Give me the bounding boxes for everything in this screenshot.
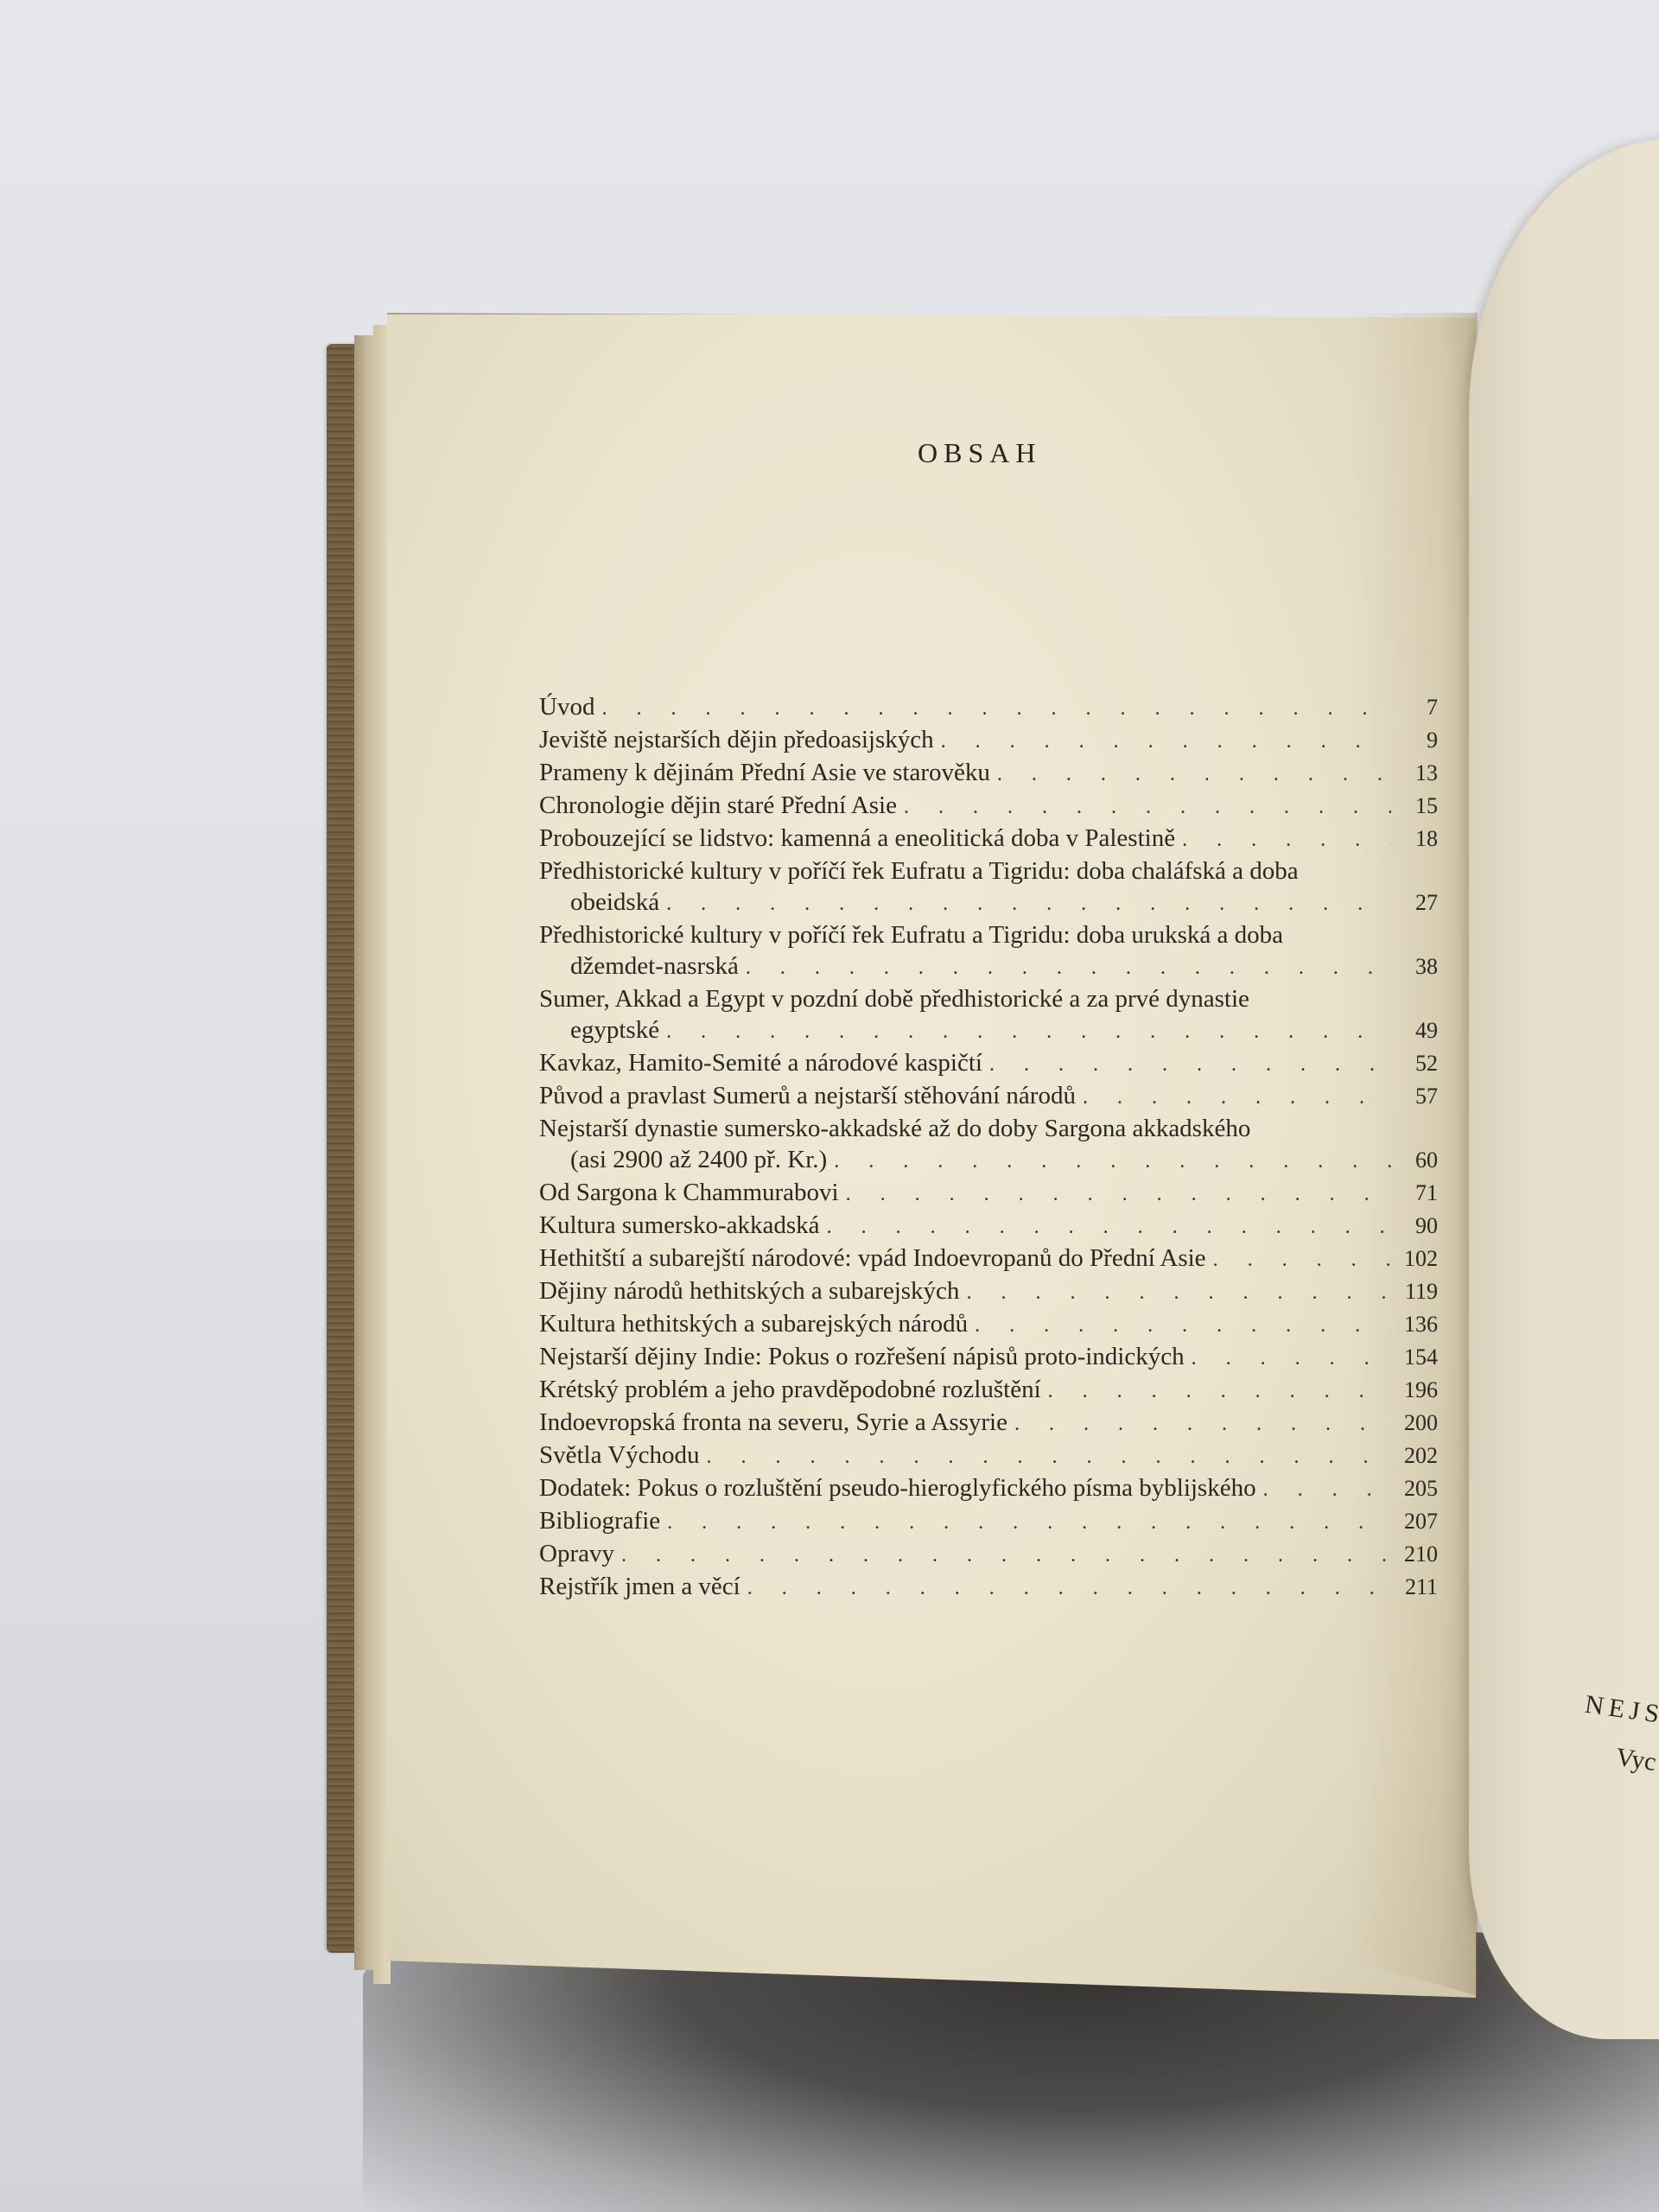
toc-entry-title: Krétský problém a jeho pravděpodobné roz… xyxy=(539,1374,1041,1405)
toc-entry-title: Kultura hethitských a subarejských národ… xyxy=(539,1308,968,1339)
toc-entry: Nejstarší dějiny Indie: Pokus o rozřešen… xyxy=(539,1341,1438,1374)
toc-entry-page-number: 52 xyxy=(1398,1048,1438,1079)
toc-entry-title: Indoevropská fronta na severu, Syrie a A… xyxy=(539,1407,1007,1438)
toc-entry-page-number: 90 xyxy=(1398,1211,1438,1242)
toc-entry-page-number: 9 xyxy=(1398,725,1438,756)
toc-entry: Probouzející se lidstvo: kamenná a eneol… xyxy=(539,823,1438,855)
toc-entry: Kultura hethitských a subarejských národ… xyxy=(539,1308,1438,1341)
dot-leader xyxy=(667,1507,1391,1538)
dot-leader xyxy=(997,759,1391,790)
dot-leader xyxy=(1083,1082,1391,1113)
toc-entry: Opravy210 xyxy=(539,1538,1438,1571)
toc-entry-page-number: 102 xyxy=(1398,1243,1438,1274)
dot-leader xyxy=(989,1049,1391,1080)
dot-leader xyxy=(904,791,1391,823)
right-page-subtitle: Vyc xyxy=(1614,1743,1658,1777)
dot-leader xyxy=(846,1179,1391,1210)
toc-entry: Rejstřík jmen a věcí211 xyxy=(539,1571,1438,1604)
dot-leader xyxy=(1213,1244,1391,1275)
toc-entry-page-number: 207 xyxy=(1398,1506,1438,1537)
toc-entry: Dodatek: Pokus o rozluštění pseudo-hiero… xyxy=(539,1472,1438,1505)
toc-entry-title: obeidská xyxy=(570,887,659,918)
toc-entry-page-number: 13 xyxy=(1398,758,1438,789)
table-of-contents: Úvod7Jeviště nejstarších dějin předoasij… xyxy=(539,691,1438,1604)
toc-entry-page-number: 57 xyxy=(1398,1081,1438,1112)
toc-entry: Světla Východu202 xyxy=(539,1440,1438,1472)
dot-leader xyxy=(1192,1343,1391,1374)
toc-entry-page-number: 205 xyxy=(1398,1473,1438,1504)
dot-leader xyxy=(941,726,1391,757)
toc-entry-title: Opravy xyxy=(539,1538,614,1569)
toc-entry: egyptské49 xyxy=(539,1014,1438,1047)
toc-entry: Dějiny národů hethitských a subarejských… xyxy=(539,1275,1438,1308)
toc-entry: Hethitští a subarejští národové: vpád In… xyxy=(539,1243,1438,1275)
toc-entry-title: Kultura sumersko-akkadská xyxy=(539,1210,820,1241)
toc-entry-page-number: 196 xyxy=(1398,1375,1438,1406)
toc-entry-title: Úvod xyxy=(539,691,594,722)
toc-entry-title: (asi 2900 až 2400 př. Kr.) xyxy=(570,1144,827,1175)
toc-entry-title: Předhistorické kultury v poříčí řek Eufr… xyxy=(539,855,1299,887)
dot-leader xyxy=(746,952,1391,983)
toc-entry-page-number: 210 xyxy=(1398,1539,1438,1570)
dot-leader xyxy=(966,1277,1391,1308)
dot-leader xyxy=(827,1211,1391,1243)
dot-leader xyxy=(1263,1474,1391,1505)
toc-entry-page-number: 49 xyxy=(1398,1015,1438,1046)
toc-entry: obeidská27 xyxy=(539,887,1438,919)
toc-entry: Chronologie dějin staré Přední Asie15 xyxy=(539,790,1438,823)
dot-leader xyxy=(1182,824,1391,855)
toc-entry: Předhistorické kultury v poříčí řek Eufr… xyxy=(539,919,1438,950)
toc-entry: Předhistorické kultury v poříčí řek Eufr… xyxy=(539,855,1438,887)
dot-leader xyxy=(747,1573,1391,1604)
dot-leader xyxy=(621,1540,1391,1571)
dot-leader xyxy=(975,1310,1391,1341)
toc-entry: Kultura sumersko-akkadská90 xyxy=(539,1210,1438,1243)
toc-entry-page-number: 136 xyxy=(1398,1309,1438,1340)
toc-entry-page-number: 211 xyxy=(1398,1572,1438,1603)
toc-entry: Jeviště nejstarších dějin předoasijských… xyxy=(539,724,1438,757)
toc-entry-title: Probouzející se lidstvo: kamenná a eneol… xyxy=(539,823,1175,854)
toc-entry-title: Chronologie dějin staré Přední Asie xyxy=(539,790,897,821)
toc-entry: Kavkaz, Hamito-Semité a národové kaspičt… xyxy=(539,1047,1438,1080)
toc-entry-page-number: 38 xyxy=(1398,951,1438,982)
toc-entry-page-number: 119 xyxy=(1398,1276,1438,1307)
toc-entry-page-number: 7 xyxy=(1398,692,1438,723)
dot-leader xyxy=(834,1146,1391,1177)
toc-title: OBSAH xyxy=(918,437,1041,469)
toc-entry-page-number: 154 xyxy=(1398,1342,1438,1373)
toc-entry-page-number: 15 xyxy=(1398,791,1438,822)
book-cover-spine xyxy=(327,344,356,1953)
toc-entry: Od Sargona k Chammurabovi71 xyxy=(539,1177,1438,1210)
toc-entry: (asi 2900 až 2400 př. Kr.)60 xyxy=(539,1144,1438,1177)
dot-leader xyxy=(1048,1376,1391,1407)
toc-entry-title: Světla Východu xyxy=(539,1440,700,1471)
toc-entry-title: Prameny k dějinám Přední Asie ve starově… xyxy=(539,757,990,788)
toc-entry: Nejstarší dynastie sumersko-akkadské až … xyxy=(539,1113,1438,1144)
toc-entry-page-number: 18 xyxy=(1398,823,1438,855)
toc-entry: Bibliografie207 xyxy=(539,1505,1438,1538)
toc-entry-title: Nejstarší dějiny Indie: Pokus o rozřešen… xyxy=(539,1341,1185,1372)
dot-leader xyxy=(666,888,1391,919)
toc-entry-page-number: 60 xyxy=(1398,1145,1438,1176)
toc-entry-title: Rejstřík jmen a věcí xyxy=(539,1571,741,1602)
toc-entry-title: Nejstarší dynastie sumersko-akkadské až … xyxy=(539,1113,1250,1144)
toc-entry-title: Původ a pravlast Sumerů a nejstarší stěh… xyxy=(539,1080,1076,1111)
toc-entry-page-number: 71 xyxy=(1398,1178,1438,1209)
toc-entry: Sumer, Akkad a Egypt v pozdní době předh… xyxy=(539,983,1438,1014)
toc-entry-title: Bibliografie xyxy=(539,1505,660,1536)
toc-entry-title: Jeviště nejstarších dějin předoasijských xyxy=(539,724,934,755)
toc-entry-page-number: 202 xyxy=(1398,1440,1438,1471)
toc-entry-page-number: 27 xyxy=(1398,887,1438,918)
dot-leader xyxy=(707,1441,1391,1472)
toc-entry-title: džemdet-nasrská xyxy=(570,950,739,982)
toc-entry-title: Předhistorické kultury v poříčí řek Eufr… xyxy=(539,919,1283,950)
toc-entry: Původ a pravlast Sumerů a nejstarší stěh… xyxy=(539,1080,1438,1113)
toc-entry-title: egyptské xyxy=(570,1014,659,1046)
toc-entry-page-number: 200 xyxy=(1398,1408,1438,1439)
toc-entry-title: Sumer, Akkad a Egypt v pozdní době předh… xyxy=(539,983,1249,1014)
toc-entry: Indoevropská fronta na severu, Syrie a A… xyxy=(539,1407,1438,1440)
toc-entry-title: Dějiny národů hethitských a subarejských xyxy=(539,1275,959,1306)
toc-entry-title: Kavkaz, Hamito-Semité a národové kaspičt… xyxy=(539,1047,982,1078)
toc-entry: Prameny k dějinám Přední Asie ve starově… xyxy=(539,757,1438,790)
toc-entry-title: Od Sargona k Chammurabovi xyxy=(539,1177,839,1208)
dot-leader xyxy=(666,1016,1391,1047)
toc-entry-title: Dodatek: Pokus o rozluštění pseudo-hiero… xyxy=(539,1472,1256,1503)
toc-entry: džemdet-nasrská38 xyxy=(539,950,1438,983)
dot-leader xyxy=(601,693,1391,724)
toc-entry-title: Hethitští a subarejští národové: vpád In… xyxy=(539,1243,1206,1274)
dot-leader xyxy=(1014,1408,1391,1440)
toc-entry: Krétský problém a jeho pravděpodobné roz… xyxy=(539,1374,1438,1407)
toc-entry: Úvod7 xyxy=(539,691,1438,724)
